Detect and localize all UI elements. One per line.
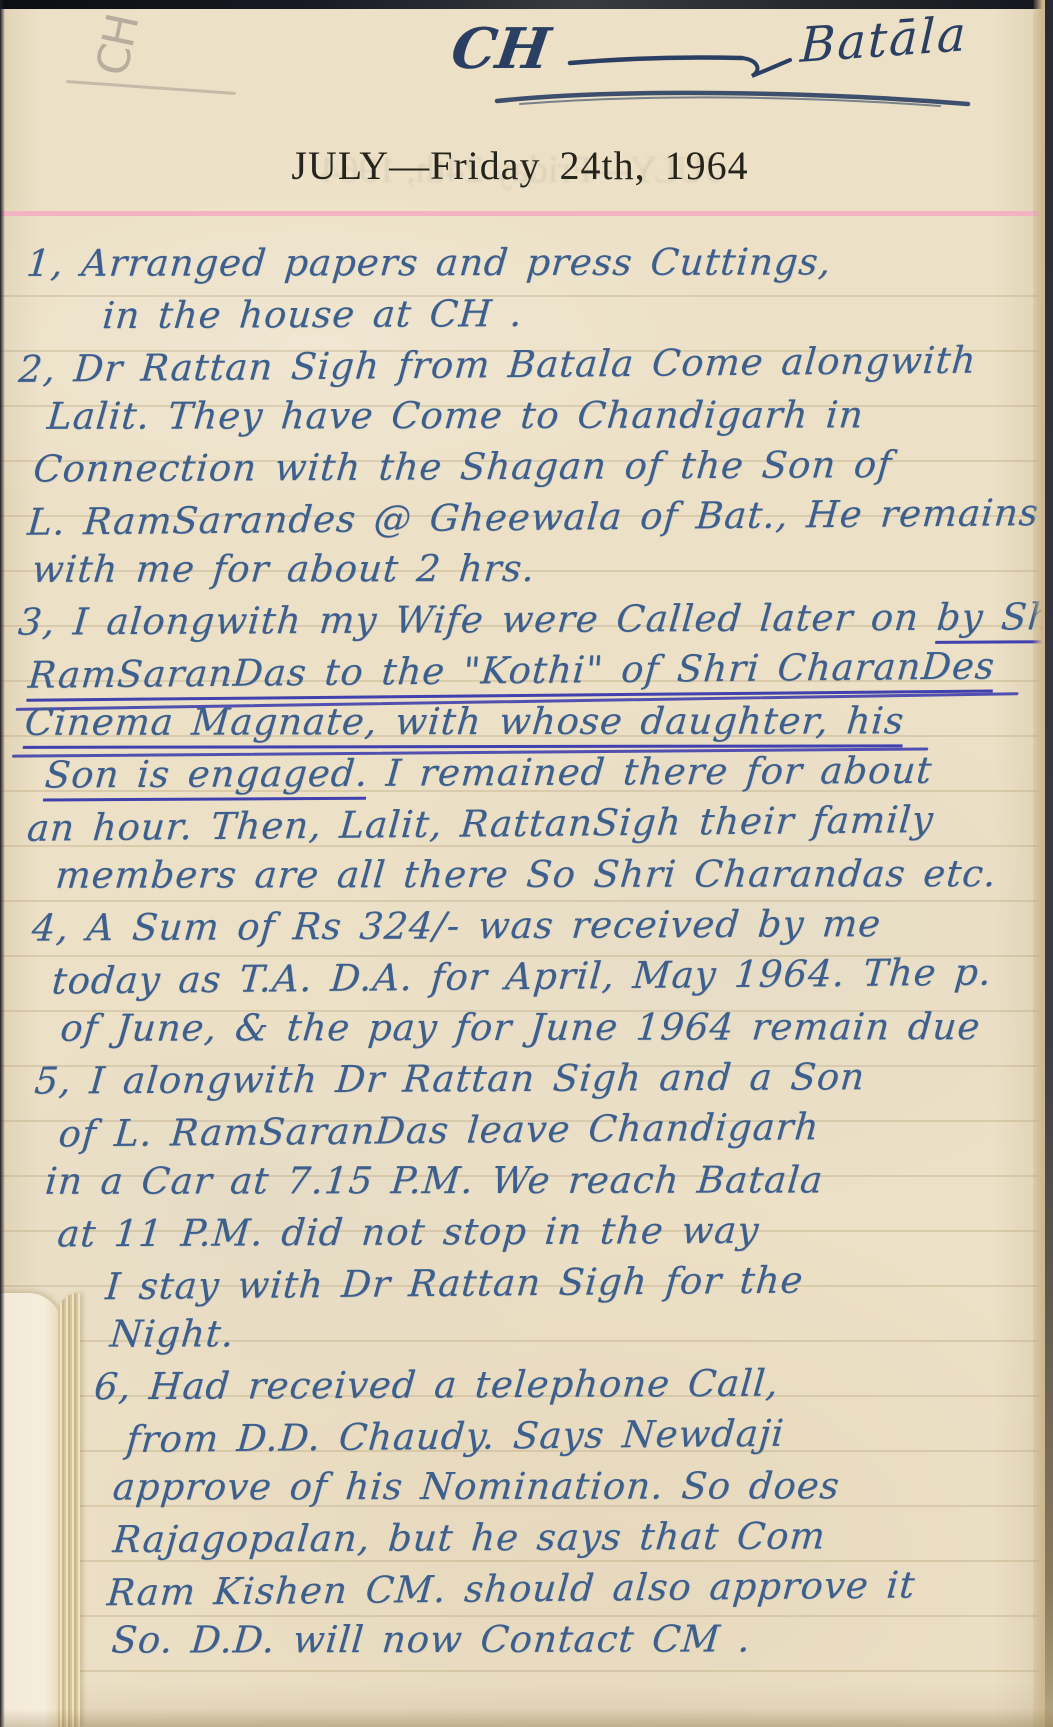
handwriting-line: Night. (108, 1307, 1030, 1360)
pink-ruled-divider (0, 211, 1039, 216)
long-arrow-right-icon (0, 0, 1053, 130)
handwriting-line: I stay with Dr Rattan Sigh for the (104, 1252, 1030, 1312)
handwriting-line: 3, I alongwith my Wife were Called later… (16, 591, 1026, 647)
handwriting-text: Night. (108, 1312, 236, 1355)
handwriting-text: of June, & the pay for June 1964 remain … (59, 1005, 983, 1050)
handwritten-route-annotation: CH Batāla (0, 0, 1053, 130)
handwriting-line: 1, Arranged papers and press Cuttings, (24, 236, 1024, 289)
handwriting-line: 4, A Sum of Rs 324/- was received by me (30, 897, 1028, 953)
handwriting-text: 4, A Sum of Rs 324/- was received by me (30, 902, 883, 949)
page-edge-right (1045, 0, 1053, 1727)
handwriting-line: in the house at CH . (101, 285, 1025, 341)
handwriting-line: Son is engaged. I remained there for abo… (43, 744, 1027, 800)
handwriting-line: with me for about 2 hrs. (30, 542, 1026, 595)
handwriting-line: members are all there So Shri Charandas … (54, 848, 1028, 901)
page-edge-right-strip (1033, 0, 1045, 1727)
handwriting-line: of June, & the pay for June 1964 remain … (58, 1001, 1028, 1054)
handwriting-text: in a Car at 7.15 P.M. We reach Batala (44, 1158, 826, 1202)
handwriting-text: 3, I alongwith my Wife were Called later… (17, 596, 939, 644)
handwriting-line: 6, Had received a telephone Call, (92, 1356, 1030, 1412)
handwriting-text: an hour. Then, Lalit, RattanSigh their f… (25, 798, 935, 850)
handwriting-text: 1, Arranged papers and press Cuttings, (25, 240, 834, 284)
underlined-handwriting-text: Cinema Magnate, with whose daughter, his (23, 699, 906, 749)
handwriting-text: from D.D. Chaudy. Says Newdaji (125, 1412, 786, 1461)
handwriting-text: at 11 P.M. did not stop in the way (56, 1209, 761, 1256)
handwriting-text: approve of his Nomination. So does (111, 1464, 842, 1508)
underlined-handwriting-text: RamSaranDas to the "Kothi" of Shri Chara… (26, 644, 996, 701)
handwriting-text: So. D.D. will now Contact CM . (110, 1617, 753, 1661)
handwriting-line: at 11 P.M. did not stop in the way (55, 1203, 1029, 1259)
handwriting-line: 5, I alongwith Dr Rattan Sigh and a Son (33, 1050, 1029, 1106)
handwriting-text: today as T.A. D.A. for April, May 1964. … (50, 951, 993, 1003)
printed-date-header: JULY—Friday 24th, 1964 (291, 143, 748, 188)
printed-date-header-row: JULY—Friday 24th, 1964 (0, 142, 1040, 189)
handwriting-text: L. RamSarandes @ Gheewala of Bat., He re… (26, 491, 1041, 544)
handwriting-line: Rajagopalan, but he says that Com (111, 1509, 1031, 1565)
handwriting-line: Cinema Magnate, with whose daughter, his (23, 695, 1027, 748)
page-edge-bottom (0, 1709, 1053, 1727)
handwriting-text: I stay with Dr Rattan Sigh for the (104, 1258, 805, 1308)
handwriting-line: L. RamSarandes @ Gheewala of Bat., He re… (26, 487, 1026, 548)
handwriting-line: Ram Kishen CM. should also approve it (105, 1558, 1031, 1618)
handwriting-line: So. D.D. will now Contact CM . (110, 1613, 1032, 1666)
page-edge-left (0, 0, 5, 1727)
handwriting-text: Connection with the Shagan of the Son of (32, 443, 894, 491)
page-stack-ridge (58, 1293, 80, 1727)
handwriting-line: from D.D. Chaudy. Says Newdaji (124, 1405, 1030, 1465)
handwriting-line: Connection with the Shagan of the Son of (31, 438, 1025, 494)
handwriting-line: Lalit. They have Come to Chandigarh in (45, 389, 1025, 442)
handwriting-text: 5, I alongwith Dr Rattan Sigh and a Son (33, 1055, 867, 1102)
diary-page-scan: { "colors":{ "paper":"#ece0c6", "ink":"#… (0, 0, 1053, 1727)
handwriting-line: in a Car at 7.15 P.M. We reach Batala (43, 1154, 1029, 1207)
handwriting-text: 2, Dr Rattan Sigh from Batala Come along… (17, 339, 978, 391)
handwriting-line: of L. RamSaranDas leave Chandigarh (57, 1099, 1029, 1159)
handwriting-line: today as T.A. D.A. for April, May 1964. … (50, 946, 1028, 1006)
handwriting-text: 6, Had received a telephone Call, (93, 1362, 781, 1409)
handwriting-text: I remained there for about (367, 749, 934, 795)
handwriting-line: approve of his Nomination. So does (111, 1460, 1031, 1513)
handwriting-text: Lalit. They have Come to Chandigarh in (46, 393, 866, 437)
handwriting-text: Rajagopalan, but he says that Com (111, 1514, 827, 1561)
handwriting-text: of L. RamSaranDas leave Chandigarh (57, 1105, 821, 1155)
handwriting-text: in the house at CH . (101, 292, 525, 337)
handwriting-text: Ram Kishen CM. should also approve it (106, 1563, 918, 1614)
page-edge-top (0, 0, 1053, 9)
handwriting-line: 2, Dr Rattan Sigh from Batala Come along… (17, 334, 1025, 395)
diary-lines: 1, Arranged papers and press Cuttings,in… (12, 234, 1029, 1667)
handwriting-text: members are all there So Shri Charandas … (54, 852, 999, 897)
under-page-corner (0, 1293, 62, 1727)
handwriting-line: RamSaranDas to the "Kothi" of Shri Chara… (26, 640, 1026, 701)
handwriting-line: an hour. Then, Lalit, RattanSigh their f… (25, 793, 1027, 854)
handwriting-text: with me for about 2 hrs. (30, 547, 537, 591)
underlined-handwriting-text: Son is engaged. (43, 752, 370, 802)
